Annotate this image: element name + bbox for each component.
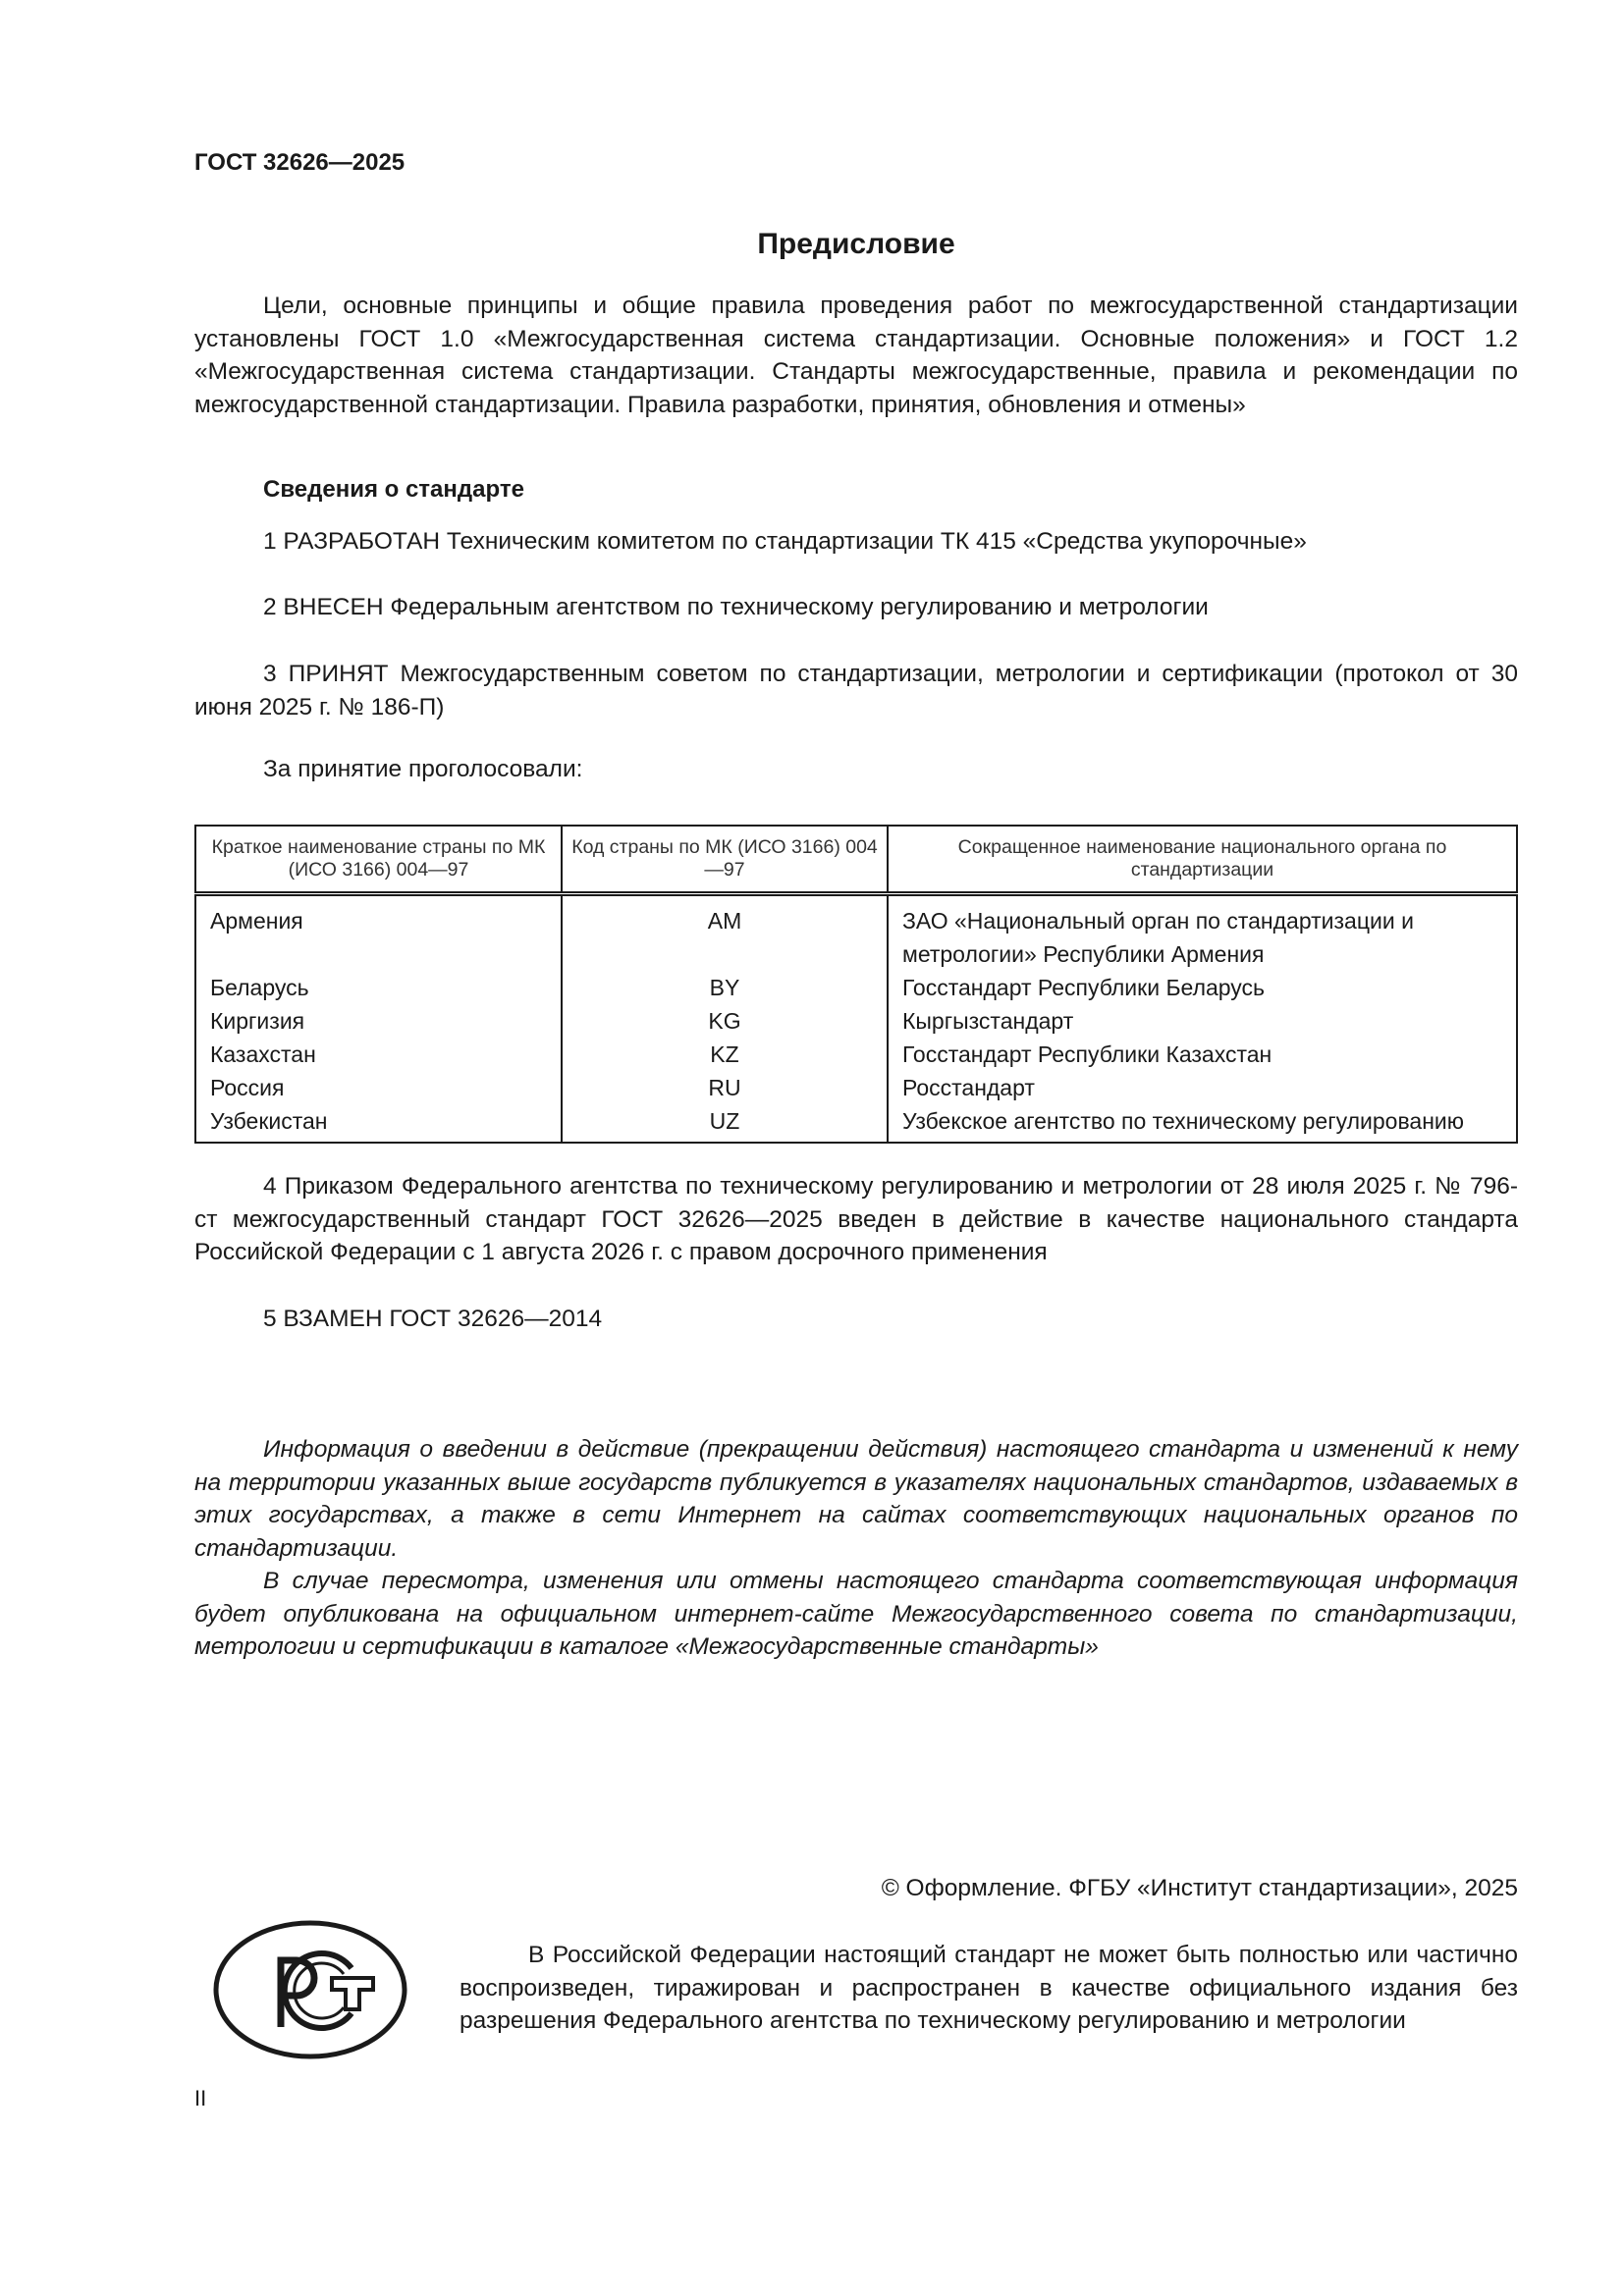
header-code: Код страны по МК (ИСО 3166) 004—97 xyxy=(562,826,888,894)
header-country: Краткое наименование страны по МК (ИСО 3… xyxy=(195,826,562,894)
code-cell: RU xyxy=(562,1071,888,1104)
info-item-2: 2 ВНЕСЕН Федеральным агентством по техни… xyxy=(194,591,1518,624)
document-code: ГОСТ 32626—2025 xyxy=(194,149,405,177)
info-item-3: 3 ПРИНЯТ Межгосударственным советом по с… xyxy=(194,658,1518,723)
info-heading: Сведения о стандарте xyxy=(263,476,524,504)
table-row: Казахстан KZ Госстандарт Республики Каза… xyxy=(195,1038,1517,1071)
info-item-5: 5 ВЗАМЕН ГОСТ 32626—2014 xyxy=(194,1303,1518,1336)
country-cell: Казахстан xyxy=(195,1038,562,1071)
body-cell: Кыргызстандарт xyxy=(888,1004,1517,1038)
voting-countries-table: Краткое наименование страны по МК (ИСО 3… xyxy=(194,825,1518,1144)
copyright-notice: © Оформление. ФГБУ «Институт стандартиза… xyxy=(882,1875,1518,1902)
table-row: Киргизия KG Кыргызстандарт xyxy=(195,1004,1517,1038)
table-header-row: Краткое наименование страны по МК (ИСО 3… xyxy=(195,826,1517,894)
body-cell: Росстандарт xyxy=(888,1071,1517,1104)
code-cell: UZ xyxy=(562,1104,888,1143)
legal-notice: В Российской Федерации настоящий стандар… xyxy=(460,1939,1518,2038)
page-title: Предисловие xyxy=(194,228,1518,261)
page-number: II xyxy=(194,2086,206,2111)
body-cell: ЗАО «Национальный орган по стандартизаци… xyxy=(888,894,1517,972)
notice-block: Информация о введении в действие (прекра… xyxy=(194,1433,1518,1664)
country-cell: Россия xyxy=(195,1071,562,1104)
code-cell: BY xyxy=(562,971,888,1004)
body-cell: Узбекское агентство по техническому регу… xyxy=(888,1104,1517,1143)
code-cell: AM xyxy=(562,894,888,972)
table-row: Армения AM ЗАО «Национальный орган по ст… xyxy=(195,894,1517,972)
rst-certification-mark-icon xyxy=(212,1919,408,2061)
country-cell: Узбекистан xyxy=(195,1104,562,1143)
code-cell: KG xyxy=(562,1004,888,1038)
table-row: Узбекистан UZ Узбекское агентство по тех… xyxy=(195,1104,1517,1143)
table-row: Россия RU Росстандарт xyxy=(195,1071,1517,1104)
code-cell: KZ xyxy=(562,1038,888,1071)
voted-label: За принятие проголосовали: xyxy=(263,756,582,783)
header-national-body: Сокращенное наименование национального о… xyxy=(888,826,1517,894)
info-item-4: 4 Приказом Федерального агентства по тех… xyxy=(194,1170,1518,1269)
body-cell: Госстандарт Республики Казахстан xyxy=(888,1038,1517,1071)
notice-paragraph-2: В случае пересмотра, изменения или отмен… xyxy=(194,1565,1518,1664)
body-cell: Госстандарт Республики Беларусь xyxy=(888,971,1517,1004)
notice-paragraph-1: Информация о введении в действие (прекра… xyxy=(194,1433,1518,1565)
info-item-1: 1 РАЗРАБОТАН Техническим комитетом по ст… xyxy=(194,525,1518,559)
intro-paragraph: Цели, основные принципы и общие правила … xyxy=(194,290,1518,421)
country-cell: Беларусь xyxy=(195,971,562,1004)
table-row: Беларусь BY Госстандарт Республики Белар… xyxy=(195,971,1517,1004)
country-cell: Киргизия xyxy=(195,1004,562,1038)
country-cell: Армения xyxy=(195,894,562,972)
